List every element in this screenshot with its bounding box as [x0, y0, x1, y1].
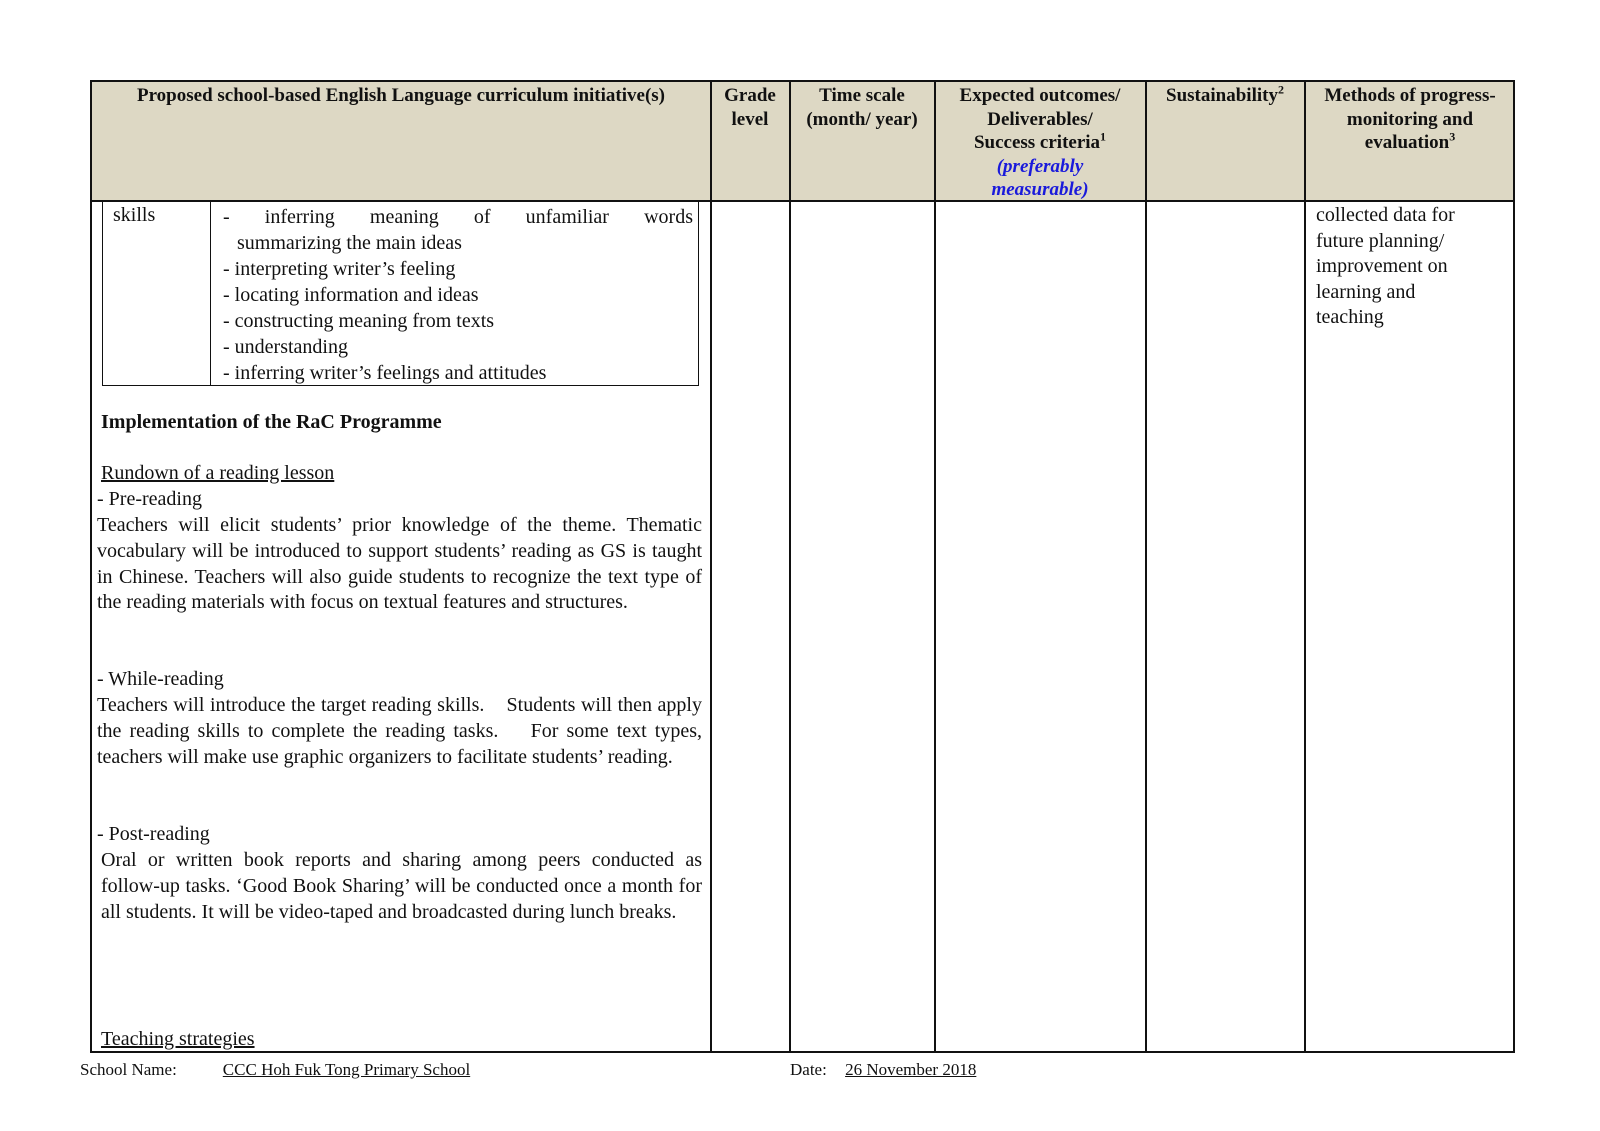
methods-line: improvement on: [1316, 254, 1455, 280]
header-time-line1: Time scale: [819, 85, 905, 106]
header-methods-line3: evaluation: [1365, 132, 1449, 153]
stage-text-pre-reading: Teachers will elicit students’ prior kno…: [97, 513, 702, 616]
column-divider: [934, 82, 936, 1051]
stage-title-while-reading: - While-reading: [97, 667, 224, 693]
column-divider: [710, 82, 712, 1051]
stage-title-post-reading: - Post-reading: [97, 822, 210, 848]
header-sustainability-label: Sustainability: [1166, 85, 1278, 106]
skill-item: summarizing the main ideas: [223, 230, 693, 256]
skill-item: - interpreting writer’s feeling: [223, 256, 693, 282]
school-name-value: CCC Hoh Fuk Tong Primary School: [177, 1060, 581, 1080]
footnote-marker: 3: [1449, 130, 1455, 144]
column-divider: [1304, 82, 1306, 1051]
note-line2: measurable): [991, 179, 1088, 200]
skill-item: - constructing meaning from texts: [223, 308, 693, 334]
school-name-label: School Name:: [80, 1060, 177, 1079]
methods-line: teaching: [1316, 305, 1455, 331]
skills-subtable: skills - inferring meaning of unfamiliar…: [102, 202, 699, 386]
note-line1: (preferably: [997, 156, 1084, 177]
header-outcomes-line2: Deliverables/: [987, 109, 1093, 130]
header-time-line2: (month/ year): [806, 109, 917, 130]
rundown-title: Rundown of a reading lesson: [101, 461, 334, 487]
column-divider: [1145, 82, 1147, 1051]
header-methods-line1: Methods of progress-: [1324, 85, 1495, 106]
footnote-marker: 2: [1278, 83, 1284, 97]
methods-line: learning and: [1316, 280, 1455, 306]
header-grade-line1: Grade: [724, 85, 776, 106]
teaching-strategies-title: Teaching strategies: [101, 1027, 255, 1053]
methods-line: collected data for: [1316, 203, 1455, 229]
header-grade-level: Grade level: [711, 82, 789, 200]
section-heading: Implementation of the RaC Programme: [101, 410, 442, 436]
skill-item: - inferring writer’s feelings and attitu…: [223, 360, 693, 386]
curriculum-table: Proposed school-based English Language c…: [90, 80, 1515, 1053]
header-initiatives: Proposed school-based English Language c…: [92, 82, 710, 200]
footer-date: Date: 26 November 2018: [790, 1060, 976, 1080]
skill-item: - understanding: [223, 334, 693, 360]
skills-divider: [210, 202, 211, 385]
column-divider: [789, 82, 791, 1051]
footer-school: School Name:CCC Hoh Fuk Tong Primary Sch…: [80, 1060, 581, 1080]
header-sustainability: Sustainability2: [1146, 82, 1304, 200]
skill-item: - locating information and ideas: [223, 282, 693, 308]
document-page: Proposed school-based English Language c…: [0, 0, 1600, 1131]
skill-item: - inferring meaning of unfamiliar words: [223, 204, 693, 230]
header-outcomes-line1: Expected outcomes/: [960, 85, 1121, 106]
date-label: Date:: [790, 1060, 827, 1079]
header-methods: Methods of progress- monitoring and eval…: [1305, 82, 1515, 200]
footnote-marker: 1: [1100, 130, 1106, 144]
methods-cell: collected data for future planning/ impr…: [1316, 203, 1455, 331]
header-grade-line2: level: [732, 109, 769, 130]
header-time-scale: Time scale (month/ year): [790, 82, 934, 200]
skills-list: - inferring meaning of unfamiliar words …: [223, 204, 693, 386]
stage-text-post-reading: Oral or written book reports and sharing…: [101, 848, 702, 925]
header-methods-line2: monitoring and: [1347, 109, 1473, 130]
header-outcomes-note: (preferably measurable): [935, 155, 1145, 202]
skills-label: skills: [113, 204, 155, 227]
header-outcomes-line3: Success criteria: [974, 132, 1100, 153]
stage-text-while-reading: Teachers will introduce the target readi…: [97, 693, 702, 770]
stage-title-pre-reading: - Pre-reading: [97, 487, 202, 513]
header-initiatives-label: Proposed school-based English Language c…: [137, 85, 665, 106]
header-expected-outcomes: Expected outcomes/ Deliverables/ Success…: [935, 82, 1145, 200]
methods-line: future planning/: [1316, 229, 1455, 255]
date-value: 26 November 2018: [845, 1060, 976, 1079]
